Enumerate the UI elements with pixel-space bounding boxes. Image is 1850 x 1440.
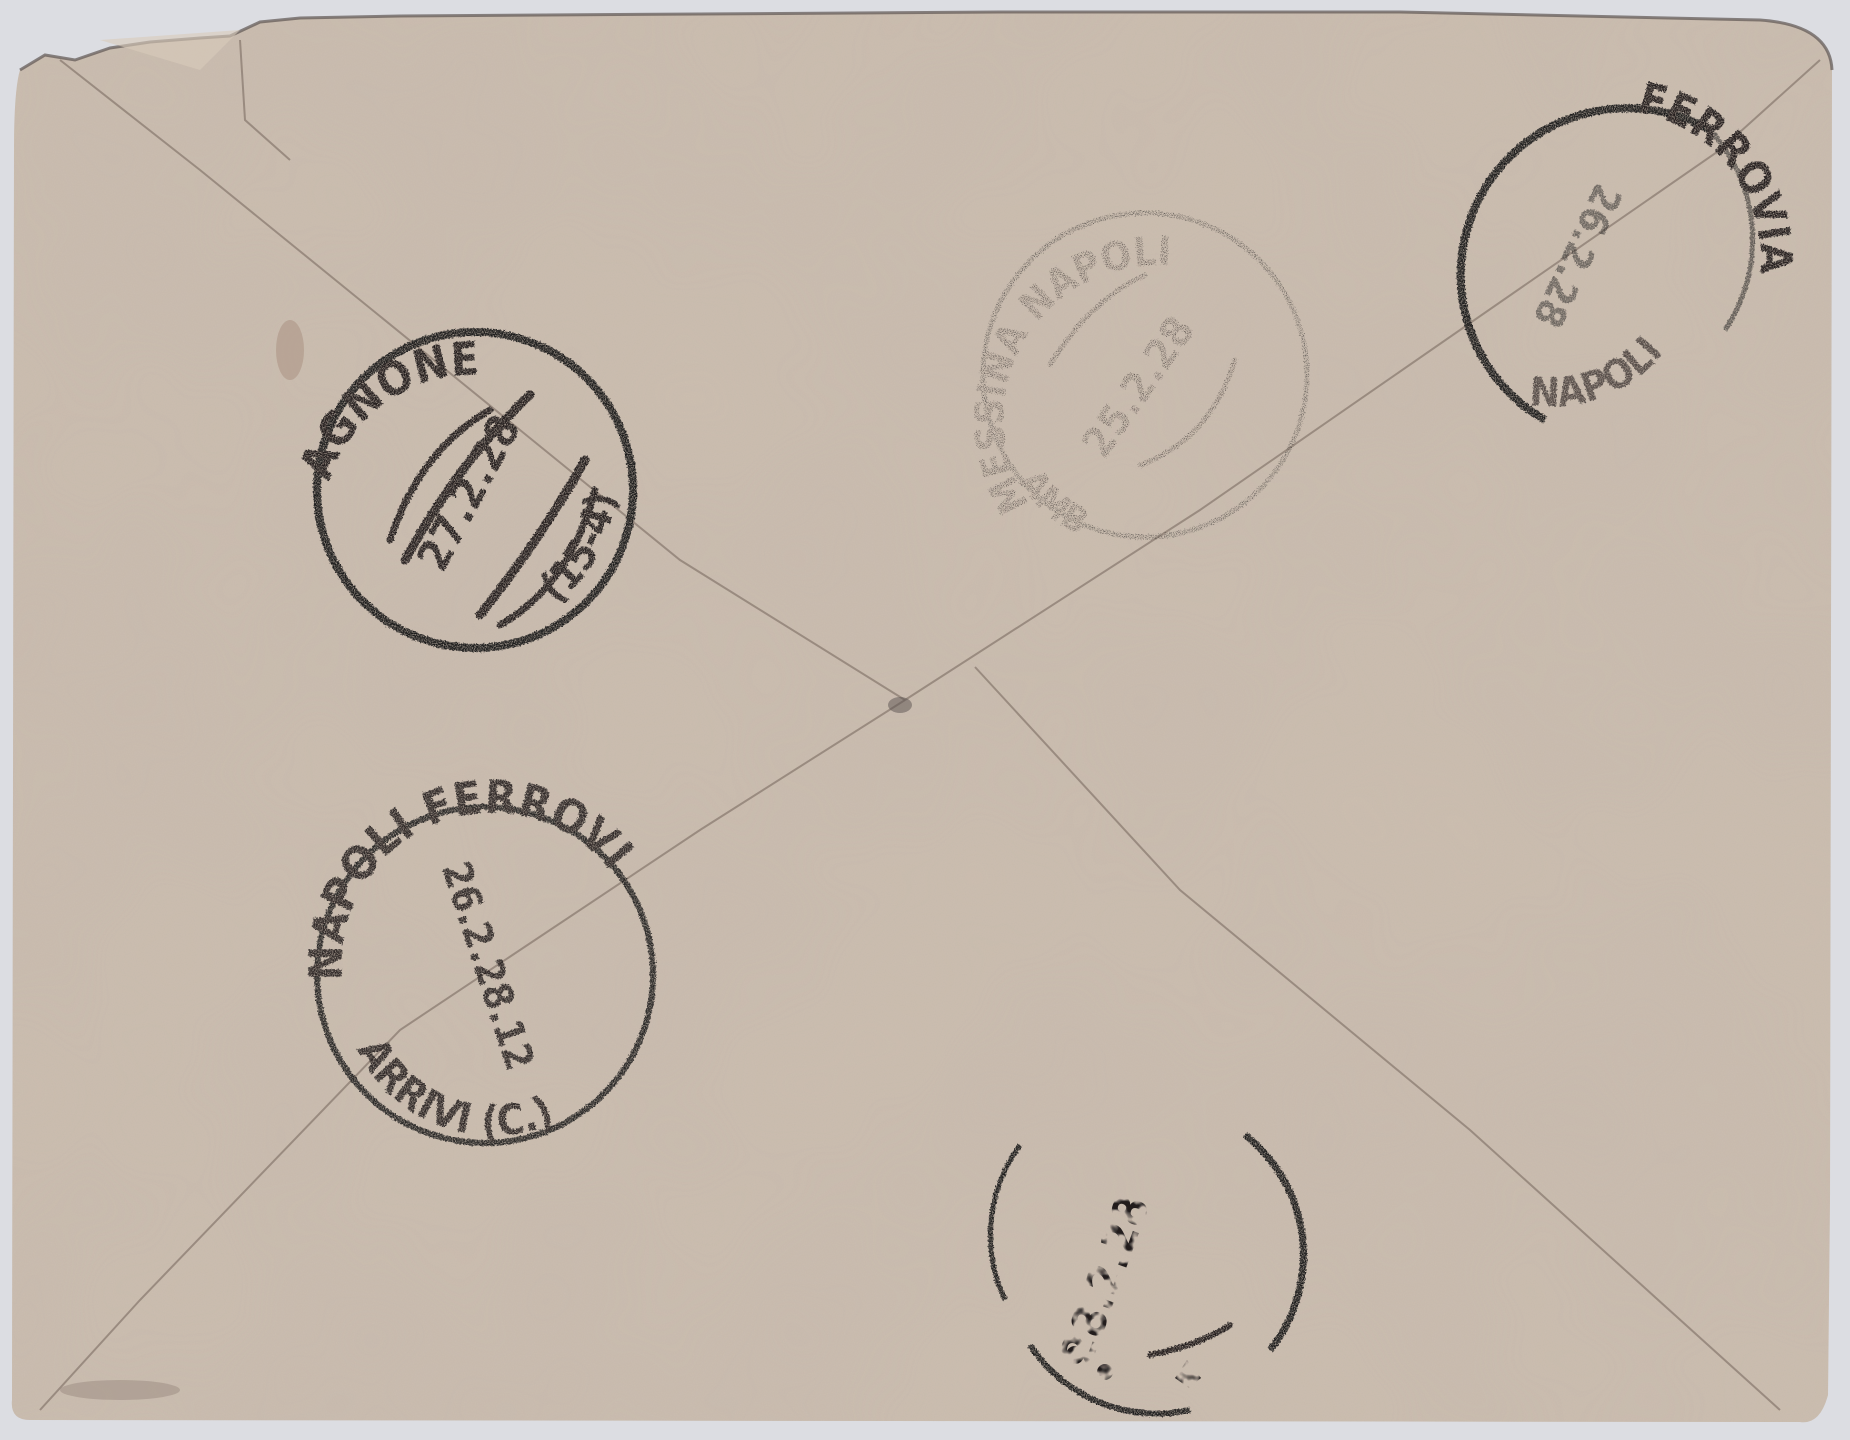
envelope-scan: AGNONE (15-4) 27.2.28 MESSINA NAPOLI AMB… [0, 0, 1850, 1440]
